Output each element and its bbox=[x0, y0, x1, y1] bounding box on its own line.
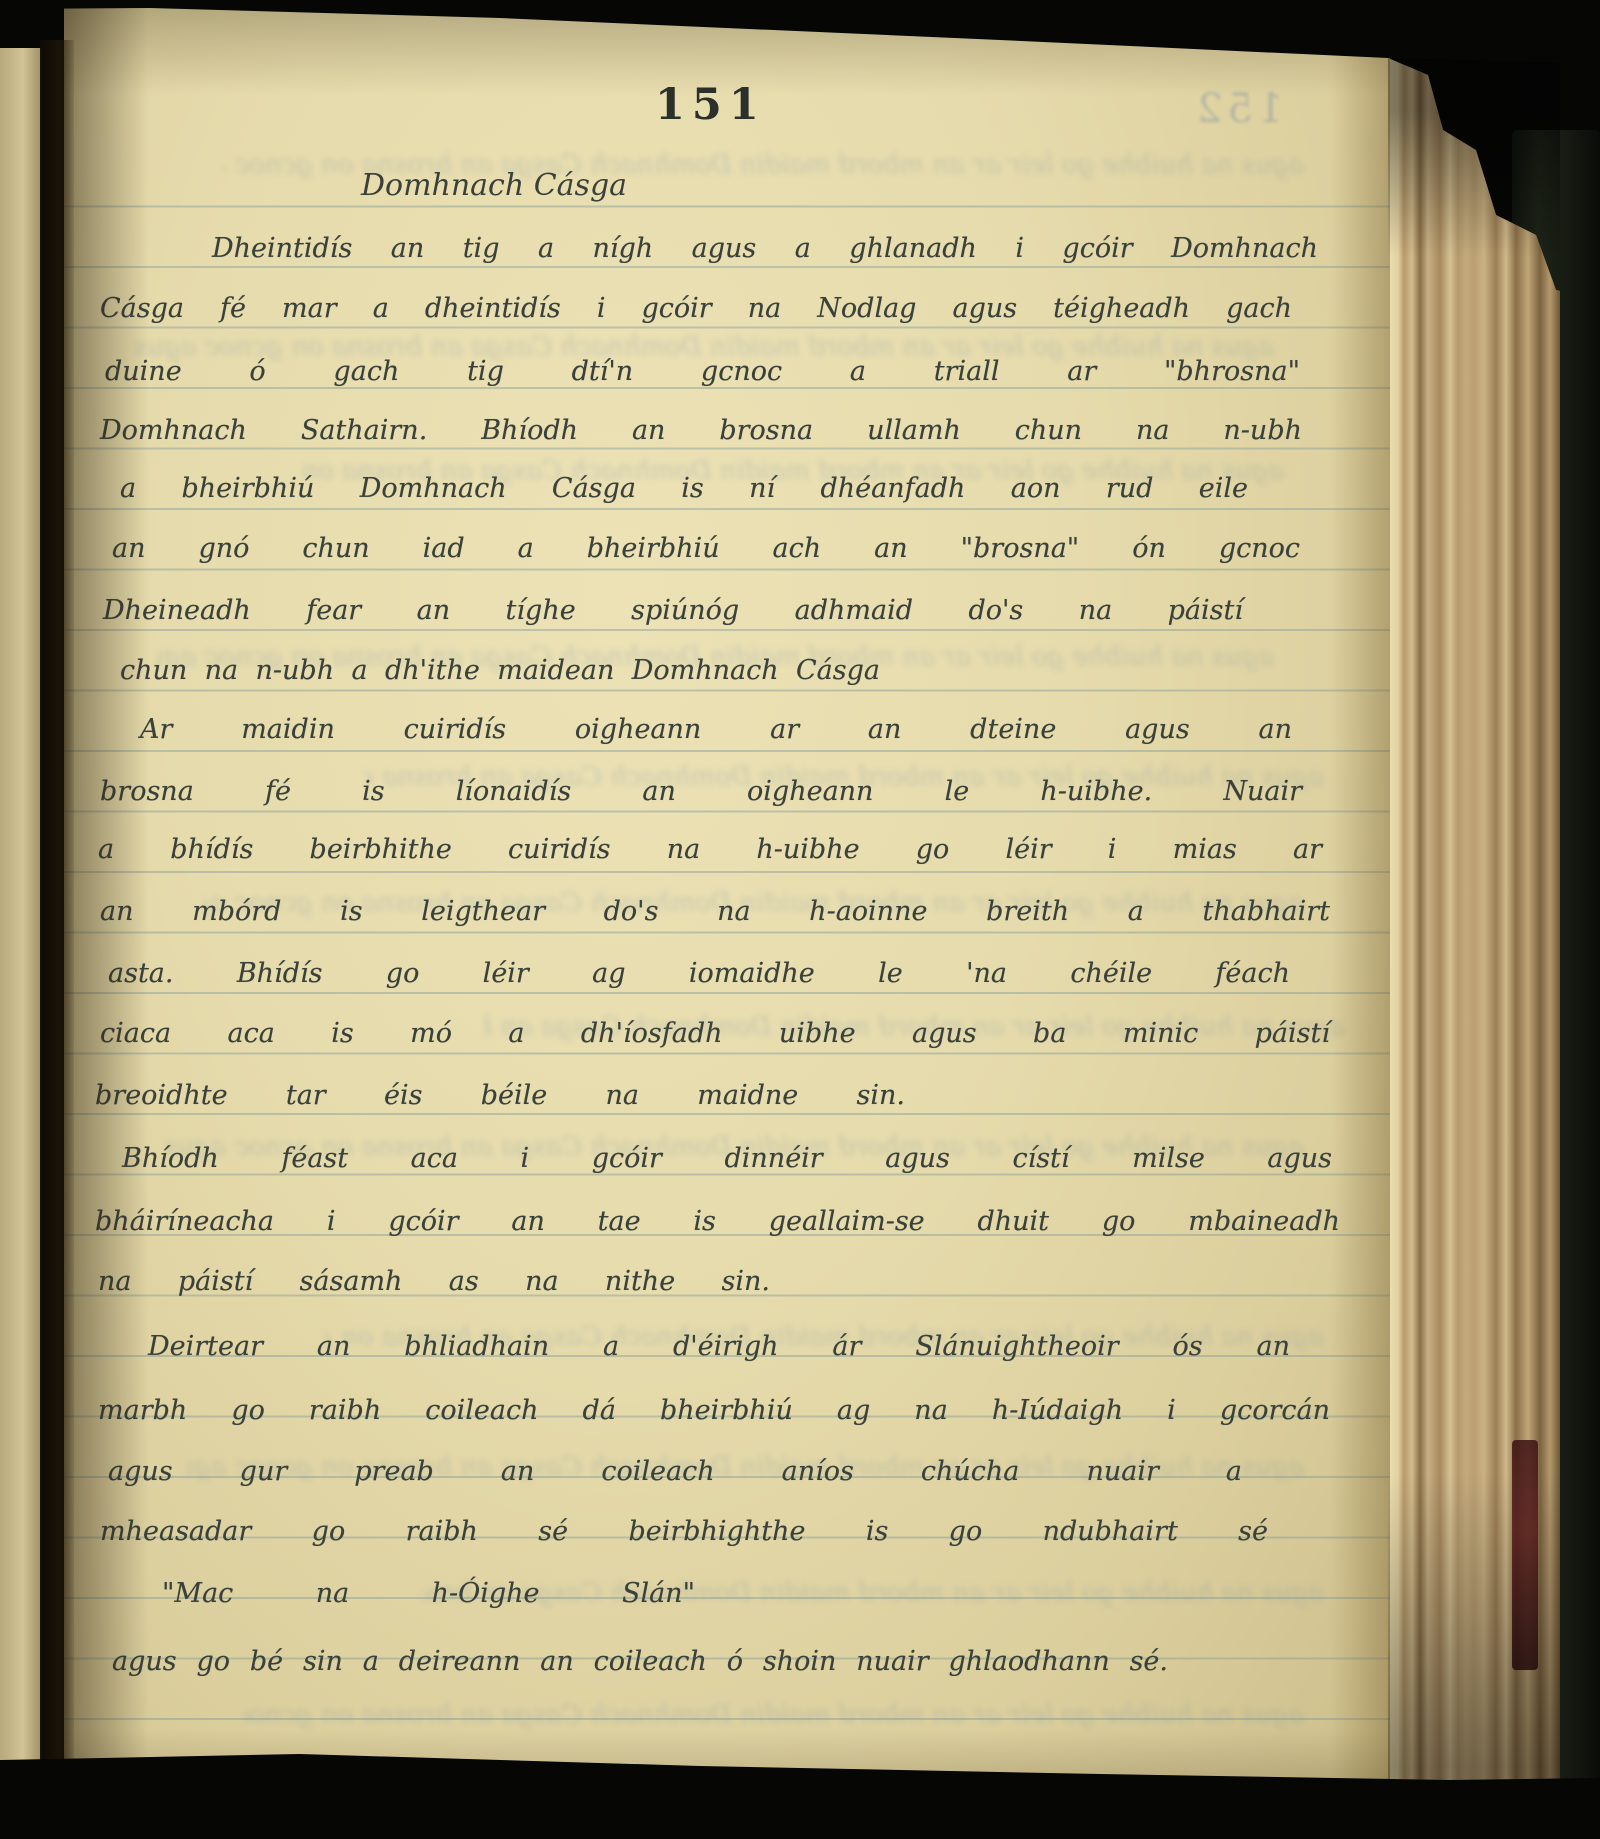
handwritten-line: a bheirbhiú Domhnach Cásga is ní dhéanfa… bbox=[120, 473, 1248, 515]
handwritten-line: asta. Bhídís go léir ag iomaidhe le 'na … bbox=[108, 958, 1290, 1000]
handwritten-line: ciaca aca is mó a dh'íosfadh uibhe agus … bbox=[100, 1018, 1330, 1060]
handwritten-line: marbh go raibh coileach dá bheirbhiú ag … bbox=[98, 1395, 1330, 1437]
handwritten-line: duine ó gach tig dtí'n gcnoc a triall ar… bbox=[105, 356, 1300, 398]
handwritten-line: agus go bé sin a deireann an coileach ó … bbox=[112, 1646, 1168, 1688]
handwritten-line: brosna fé is líonaidís an oigheann le h-… bbox=[100, 776, 1302, 818]
handwritten-line: Dheintidís an tig a nígh agus a ghlanadh… bbox=[212, 233, 1318, 275]
handwritten-line: "Mac na h-Óighe Slán" bbox=[162, 1578, 695, 1620]
handwritten-line: na páistí sásamh as na nithe sin. bbox=[98, 1266, 770, 1308]
photo-top-edge bbox=[0, 0, 1600, 150]
handwritten-line: mheasadar go raibh sé beirbhighthe is go… bbox=[100, 1516, 1268, 1558]
handwritten-line: Dheineadh fear an tíghe spiúnóg adhmaid … bbox=[103, 595, 1243, 637]
handwritten-line: a bhídís beirbhithe cuiridís na h-uibhe … bbox=[98, 834, 1322, 876]
handwritten-line: an mbórd is leigthear do's na h-aoinne b… bbox=[100, 896, 1330, 938]
handwritten-line: chun na n-ubh a dh'ithe maidean Domhnach… bbox=[120, 655, 880, 697]
page-title: Domhnach Cásga bbox=[356, 168, 632, 203]
handwritten-line: agus gur preab an coileach aníos chúcha … bbox=[108, 1456, 1242, 1498]
photo-bottom-edge bbox=[0, 1730, 1600, 1839]
handwritten-line: Bhíodh féast aca i gcóir dinnéir agus cí… bbox=[122, 1143, 1332, 1185]
manuscript-photo: 152 agus na huibhe go leir ar an mbord m… bbox=[0, 0, 1600, 1839]
handwritten-line: breoidhte tar éis béile na maidne sin. bbox=[95, 1080, 905, 1122]
handwritten-line: an gnó chun iad a bheirbhiú ach an "bros… bbox=[112, 533, 1300, 575]
handwritten-line: Deirtear an bhliadhain a d'éirigh ár Slá… bbox=[148, 1331, 1290, 1373]
handwriting-layer: 151 Domhnach Cásga Dheintidís an tig a n… bbox=[0, 0, 1600, 1839]
handwritten-line: Ar maidin cuiridís oigheann ar an dteine… bbox=[140, 714, 1292, 756]
handwritten-line: Cásga fé mar a dheintidís i gcóir na Nod… bbox=[100, 293, 1292, 335]
handwritten-line: Domhnach Sathairn. Bhíodh an brosna ulla… bbox=[100, 415, 1302, 457]
handwritten-line: bháiríneacha i gcóir an tae is geallaim-… bbox=[95, 1206, 1340, 1248]
